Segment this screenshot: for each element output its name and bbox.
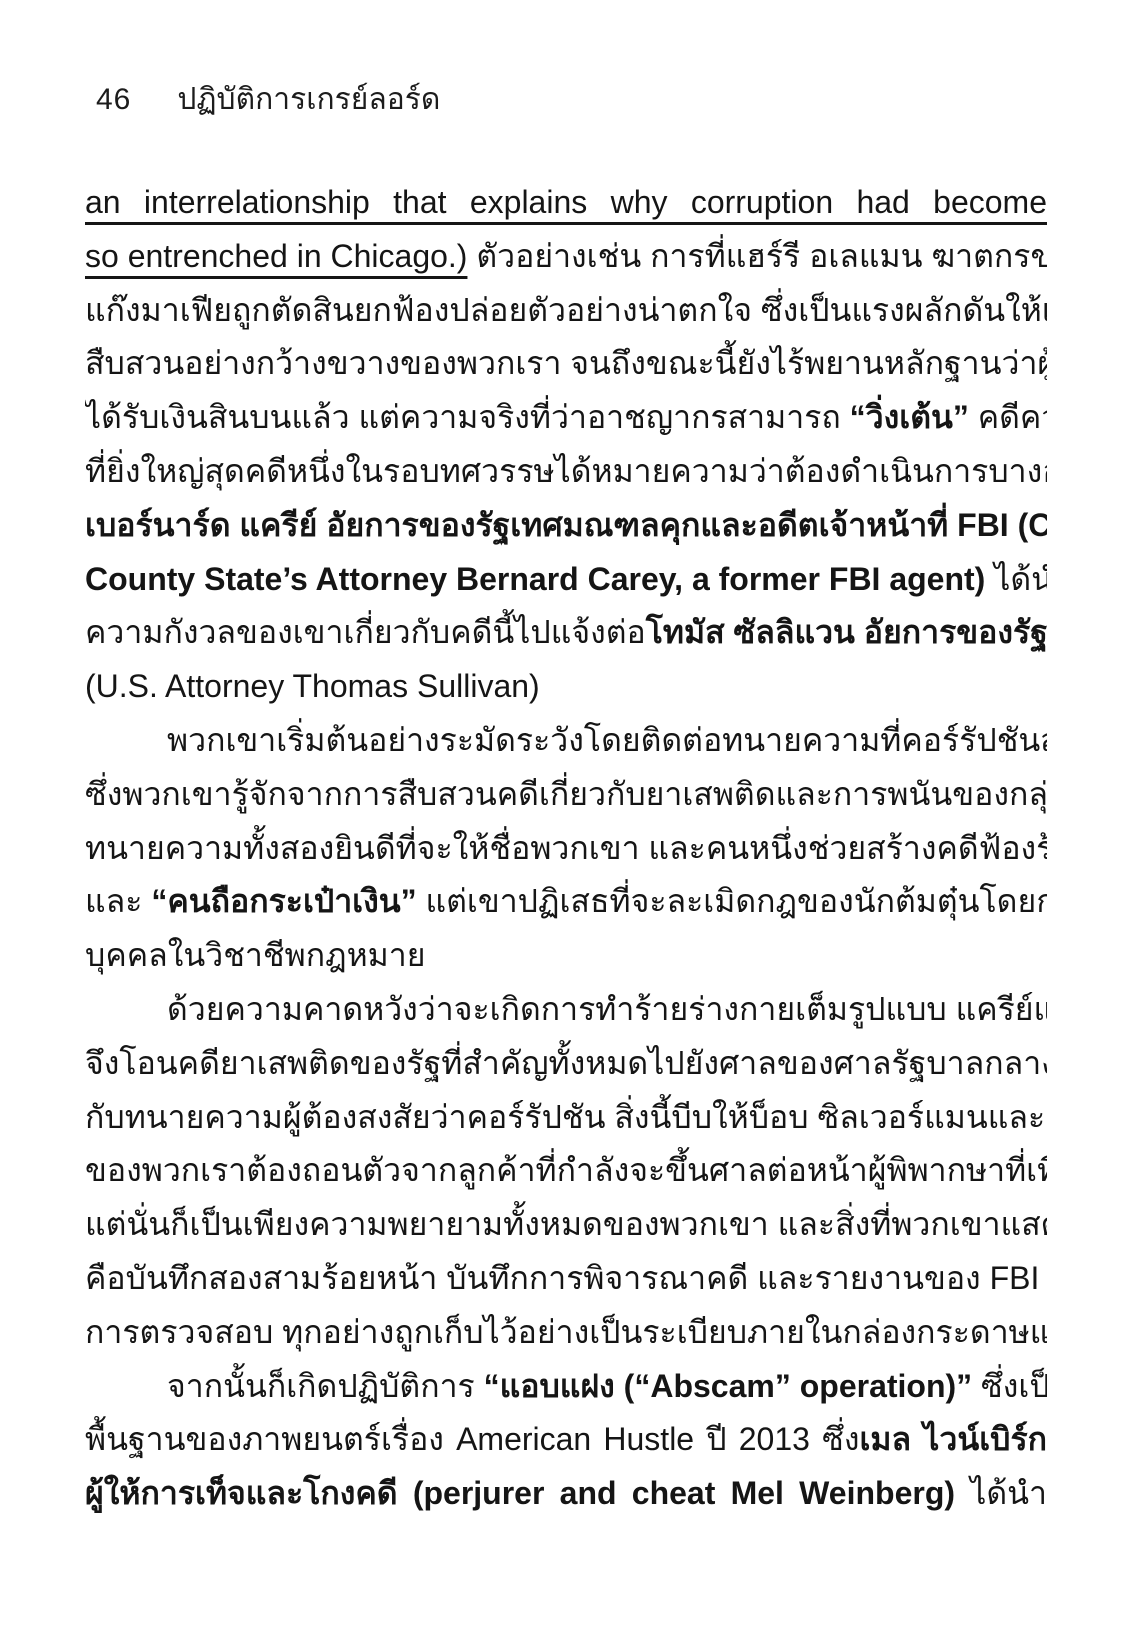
bold-text: “วิ่งเต้น” xyxy=(850,399,969,435)
page-number: 46 xyxy=(96,82,131,118)
text-segment: การตรวจสอบ ทุกอย่างถูกเก็บไว้อย่างเป็นระ… xyxy=(85,1314,1047,1350)
text-line: พวกเขาเริ่มต้นอย่างระมัดระวังโดยติดต่อทน… xyxy=(85,714,1047,768)
text-line: แต่นั่นก็เป็นเพียงความพยายามทั้งหมดของพว… xyxy=(85,1198,1047,1252)
text-segment: ได้นำ xyxy=(955,1475,1047,1511)
text-line: และ “คนถือกระเป๋าเงิน” แต่เขาปฏิเสธที่จะ… xyxy=(85,875,1047,929)
text-line: so entrenched in Chicago.) ตัวอย่างเช่น … xyxy=(85,230,1047,284)
text-segment: ความกังวลของเขาเกี่ยวกับคดีนี้ไปแจ้งต่อ xyxy=(85,614,646,650)
text-segment: พื้นฐานของภาพยนตร์เรื่อง American Hustle… xyxy=(85,1421,859,1457)
text-line: พื้นฐานของภาพยนตร์เรื่อง American Hustle… xyxy=(85,1413,1047,1467)
text-line: (U.S. Attorney Thomas Sullivan) xyxy=(85,660,1047,714)
text-line: ซึ่งพวกเขารู้จักจากการสืบสวนคดีเกี่ยวกับ… xyxy=(85,768,1047,822)
text-line: คือบันทึกสองสามร้อยหน้า บันทึกการพิจารณา… xyxy=(85,1252,1047,1306)
text-segment: ซึ่งพวกเขารู้จักจากการสืบสวนคดีเกี่ยวกับ… xyxy=(85,776,1047,812)
book-page: 46 ปฏิบัติการเกรย์ลอร์ด an interrelation… xyxy=(0,0,1126,1638)
text-line: ความกังวลของเขาเกี่ยวกับคดีนี้ไปแจ้งต่อโ… xyxy=(85,606,1047,660)
text-segment: คดีความท้องถิ่น xyxy=(969,399,1047,435)
text-line: จากนั้นก็เกิดปฏิบัติการ “แอบแฝง (“Abscam… xyxy=(85,1360,1047,1414)
text-line: จึงโอนคดียาเสพติดของรัฐที่สำคัญทั้งหมดไป… xyxy=(85,1037,1047,1091)
text-segment: ของพวกเราต้องถอนตัวจากลูกค้าที่กำลังจะขึ… xyxy=(85,1152,1047,1188)
page-header: 46 ปฏิบัติการเกรย์ลอร์ด xyxy=(96,82,440,118)
text-segment: ซึ่งเป็น xyxy=(972,1368,1047,1404)
text-segment: บุคคลในวิชาชีพกฎหมาย xyxy=(85,937,425,973)
bold-text: เบอร์นาร์ด แครีย์ อัยการของรัฐเทศมณฑลคุก… xyxy=(85,507,1047,543)
underlined-text: an interrelationship that explains why c… xyxy=(85,184,1047,220)
text-line: ด้วยความคาดหวังว่าจะเกิดการทำร้ายร่างกาย… xyxy=(85,983,1047,1037)
text-segment: แก๊งมาเฟียถูกตัดสินยกฟ้องปล่อยตัวอย่างน่… xyxy=(85,292,1047,328)
text-line: การตรวจสอบ ทุกอย่างถูกเก็บไว้อย่างเป็นระ… xyxy=(85,1306,1047,1360)
text-line: ทนายความทั้งสองยินดีที่จะให้ชื่อพวกเขา แ… xyxy=(85,822,1047,876)
text-segment: ได้รับเงินสินบนแล้ว แต่ความจริงที่ว่าอาช… xyxy=(85,399,850,435)
text-segment: และ xyxy=(85,883,151,919)
text-segment: (U.S. Attorney Thomas Sullivan) xyxy=(85,668,540,704)
bold-text: “คนถือกระเป๋าเงิน” xyxy=(151,883,416,919)
text-segment: จึงโอนคดียาเสพติดของรัฐที่สำคัญทั้งหมดไป… xyxy=(85,1045,1047,1081)
text-line: เบอร์นาร์ด แครีย์ อัยการของรัฐเทศมณฑลคุก… xyxy=(85,499,1047,553)
text-segment: สืบสวนอย่างกว้างขวางของพวกเรา จนถึงขณะนี… xyxy=(85,345,1047,381)
text-line: ผู้ให้การเท็จและโกงคดี (perjurer and che… xyxy=(85,1467,1047,1521)
underlined-text: so entrenched in Chicago.) xyxy=(85,238,467,274)
text-segment: จากนั้นก็เกิดปฏิบัติการ xyxy=(167,1368,484,1404)
text-line: ได้รับเงินสินบนแล้ว แต่ความจริงที่ว่าอาช… xyxy=(85,391,1047,445)
bold-text: ผู้ให้การเท็จและโกงคดี (perjurer and che… xyxy=(85,1475,955,1511)
text-line: สืบสวนอย่างกว้างขวางของพวกเรา จนถึงขณะนี… xyxy=(85,337,1047,391)
text-line: กับทนายความผู้ต้องสงสัยว่าคอร์รัปชัน สิ่… xyxy=(85,1091,1047,1145)
text-line: an interrelationship that explains why c… xyxy=(85,176,1047,230)
text-segment: พวกเขาเริ่มต้นอย่างระมัดระวังโดยติดต่อทน… xyxy=(167,722,1047,758)
text-segment: แต่เขาปฏิเสธที่จะละเมิดกฎของนักต้มตุ๋นโด… xyxy=(417,883,1047,919)
bold-text: County State’s Attorney Bernard Carey, a… xyxy=(85,561,985,597)
bold-text: เมล ไวน์เบิร์ก xyxy=(859,1421,1047,1457)
bold-text: โทมัส ซัลลิแวน อัยการของรัฐบาลกลาง xyxy=(646,614,1047,650)
text-segment: ทนายความทั้งสองยินดีที่จะให้ชื่อพวกเขา แ… xyxy=(85,830,1047,866)
text-line: County State’s Attorney Bernard Carey, a… xyxy=(85,553,1047,607)
text-segment: กับทนายความผู้ต้องสงสัยว่าคอร์รัปชัน สิ่… xyxy=(85,1099,1047,1135)
text-line: ที่ยิ่งใหญ่สุดคดีหนึ่งในรอบทศวรรษได้หมาย… xyxy=(85,445,1047,499)
bold-text: “แอบแฝง (“Abscam” operation)” xyxy=(484,1368,973,1404)
text-segment: คือบันทึกสองสามร้อยหน้า บันทึกการพิจารณา… xyxy=(85,1260,1047,1296)
text-line: แก๊งมาเฟียถูกตัดสินยกฟ้องปล่อยตัวอย่างน่… xyxy=(85,284,1047,338)
text-segment: ได้นำ xyxy=(985,561,1047,597)
text-line: ของพวกเราต้องถอนตัวจากลูกค้าที่กำลังจะขึ… xyxy=(85,1144,1047,1198)
text-segment: ที่ยิ่งใหญ่สุดคดีหนึ่งในรอบทศวรรษได้หมาย… xyxy=(85,453,1047,489)
running-head: ปฏิบัติการเกรย์ลอร์ด xyxy=(177,82,440,118)
body-text: an interrelationship that explains why c… xyxy=(85,176,1047,1521)
text-segment: แต่นั่นก็เป็นเพียงความพยายามทั้งหมดของพว… xyxy=(85,1206,1047,1242)
text-segment: ตัวอย่างเช่น การที่แฮร์รี อเลแมน ฆาตกรขอ… xyxy=(467,238,1047,274)
text-segment: ด้วยความคาดหวังว่าจะเกิดการทำร้ายร่างกาย… xyxy=(167,991,1047,1027)
text-line: บุคคลในวิชาชีพกฎหมาย xyxy=(85,929,1047,983)
